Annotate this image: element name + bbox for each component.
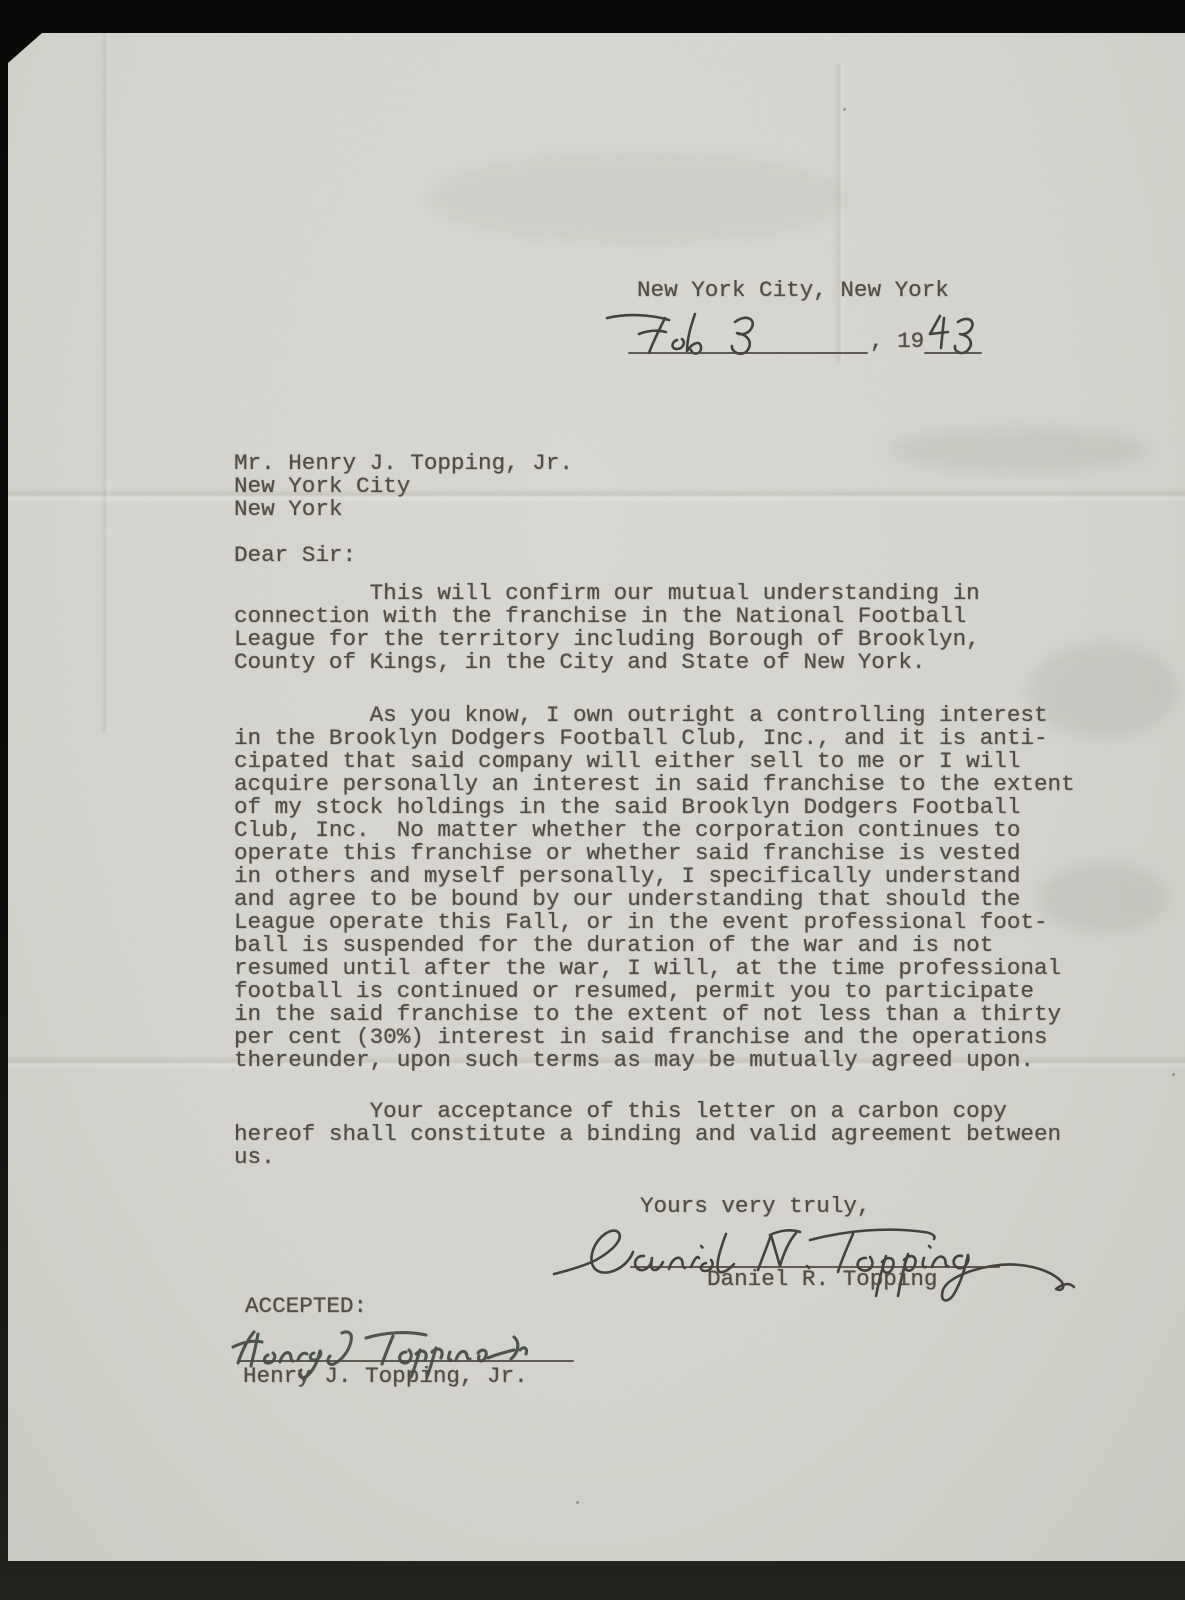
handwritten-date: [605, 298, 790, 360]
salutation: Dear Sir:: [234, 544, 356, 567]
paper-speck: [843, 108, 846, 111]
showthrough-smudge: [888, 428, 1148, 472]
handwritten-year: [926, 312, 982, 356]
body-paragraph-1: This will confirm our mutual understandi…: [234, 582, 980, 674]
signer-typed-name: Daniel R. Topping: [707, 1268, 938, 1291]
paper-speck: [576, 1501, 579, 1504]
crease-vertical-left: [100, 33, 112, 733]
showthrough-smudge: [428, 153, 848, 243]
body-paragraph-3: Your acceptance of this letter on a carb…: [234, 1100, 1061, 1169]
date-underline: [628, 352, 868, 354]
body-paragraph-2: As you know, I own outright a controllin…: [234, 704, 1075, 1072]
fold-crease-upper: [8, 489, 1185, 503]
closing-line: Yours very truly,: [640, 1195, 871, 1218]
letter-page: New York City, New York , 19 Mr. Henry J…: [8, 33, 1185, 1561]
acceptance-underline: [238, 1360, 574, 1362]
year-underline: [924, 352, 982, 354]
paper-speck: [1172, 1073, 1175, 1076]
recipient-address: Mr. Henry J. Topping, Jr. New York City …: [234, 452, 573, 521]
typed-year-prefix: , 19: [870, 330, 924, 353]
accepted-label: ACCEPTED:: [245, 1295, 367, 1318]
photo-backdrop: New York City, New York , 19 Mr. Henry J…: [0, 0, 1185, 1600]
acceptor-typed-name: Henry J. Topping, Jr.: [243, 1365, 528, 1388]
